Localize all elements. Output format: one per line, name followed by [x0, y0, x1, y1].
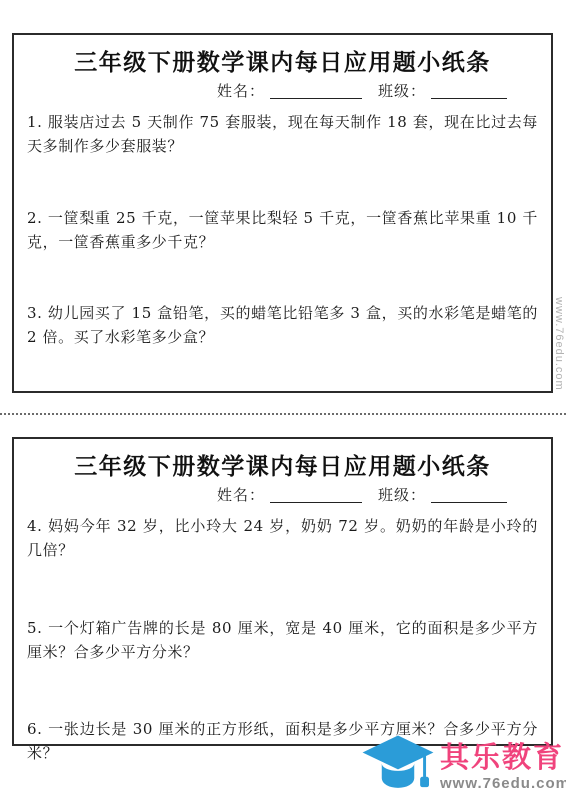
- class-label: 班级：: [378, 486, 426, 504]
- graduation-cap-icon: [361, 734, 435, 796]
- problem-4: 4. 妈妈今年 32 岁，比小玲大 24 岁，奶奶 72 岁。奶奶的年龄是小玲的…: [27, 514, 538, 563]
- publisher-name: 其乐教育: [440, 744, 566, 773]
- name-blank-field: [270, 83, 362, 99]
- cut-line-divider: [0, 413, 566, 415]
- section-title: 三年级下册数学课内每日应用题小纸条: [14, 44, 551, 77]
- name-class-row: 姓名： 班级：: [14, 486, 551, 504]
- name-class-row: 姓名： 班级：: [14, 82, 551, 100]
- problem-1: 1. 服装店过去 5 天制作 75 套服装，现在每天制作 18 套，现在比过去每…: [27, 110, 538, 159]
- name-label: 姓名：: [217, 486, 265, 504]
- name-blank-field: [270, 487, 362, 503]
- publisher-url: www.76edu.com: [440, 775, 566, 792]
- publisher-logo-text: 其乐教育 www.76edu.com: [440, 734, 566, 792]
- publisher-logo: 其乐教育 www.76edu.com: [361, 734, 566, 796]
- problem-5: 5. 一个灯箱广告牌的长是 80 厘米，宽是 40 厘米，它的面积是多少平方厘米…: [27, 616, 538, 665]
- problem-list: 4. 妈妈今年 32 岁，比小玲大 24 岁，奶奶 72 岁。奶奶的年龄是小玲的…: [14, 504, 551, 766]
- class-blank-field: [431, 83, 507, 99]
- worksheet-section-2: 三年级下册数学课内每日应用题小纸条 姓名： 班级： 4. 妈妈今年 32 岁，比…: [12, 437, 553, 746]
- problem-3: 3. 幼儿园买了 15 盒铅笔，买的蜡笔比铅笔多 3 盒，买的水彩笔是蜡笔的 2…: [27, 301, 538, 350]
- class-label: 班级：: [378, 82, 426, 100]
- problem-list: 1. 服装店过去 5 天制作 75 套服装，现在每天制作 18 套，现在比过去每…: [14, 100, 551, 350]
- section-title: 三年级下册数学课内每日应用题小纸条: [14, 448, 551, 481]
- name-label: 姓名：: [217, 82, 265, 100]
- worksheet-section-1: 三年级下册数学课内每日应用题小纸条 姓名： 班级： 1. 服装店过去 5 天制作…: [12, 33, 553, 393]
- problem-2: 2. 一筐梨重 25 千克，一筐苹果比梨轻 5 千克，一筐香蕉比苹果重 10 千…: [27, 206, 538, 255]
- class-blank-field: [431, 487, 507, 503]
- side-watermark-url: www.76edu.com: [553, 297, 565, 391]
